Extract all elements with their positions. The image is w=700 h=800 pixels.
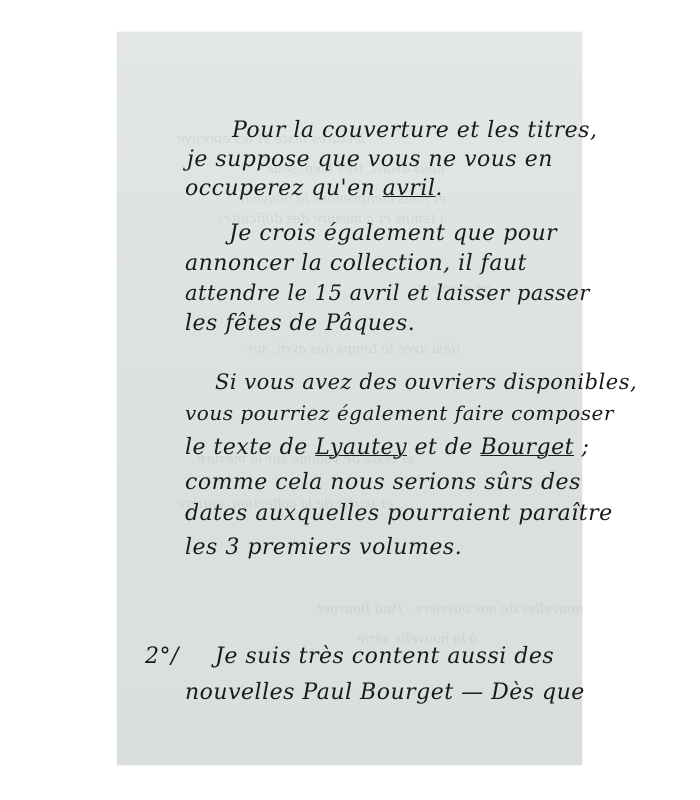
- text-line: dates auxquelles pourraient paraître: [185, 501, 613, 526]
- text-line: Pour la couverture et les titres,: [232, 118, 597, 143]
- text-line: comme cela nous serions sûrs des: [185, 470, 581, 495]
- underlined-word: Lyautey: [315, 435, 407, 460]
- text-line: vous pourriez également faire composer: [185, 401, 614, 425]
- underlined-word: avril: [383, 176, 436, 201]
- text-line: le texte de Lyautey et de Bourget ;: [185, 435, 589, 460]
- section-number: 2°/: [145, 644, 179, 669]
- text-line: nouvelles Paul Bourget — Dès que: [185, 680, 585, 705]
- text-fragment: occuperez qu'en: [185, 176, 383, 201]
- underlined-word: Bourget: [480, 435, 574, 460]
- text-line: occuperez qu'en avril.: [185, 176, 443, 201]
- text-line: je suppose que vous ne vous en: [187, 147, 553, 172]
- text-line: Je crois également que pour: [229, 221, 557, 246]
- text-line: annoncer la collection, il faut: [185, 251, 527, 276]
- text-fragment: et de: [407, 435, 480, 460]
- text-line: Si vous avez des ouvriers disponibles,: [215, 370, 637, 394]
- text-fragment: .: [435, 176, 443, 201]
- text-fragment: le texte de: [185, 435, 315, 460]
- text-line: les fêtes de Pâques.: [185, 311, 415, 336]
- text-line: Je suis très content aussi des: [215, 644, 554, 669]
- page-background: lectures texte et les épreuve nous avons…: [0, 0, 700, 800]
- text-line: les 3 premiers volumes.: [185, 535, 462, 560]
- letter-sheet: lectures texte et les épreuve nous avons…: [117, 32, 582, 765]
- text-fragment: ;: [574, 435, 589, 460]
- text-line: attendre le 15 avril et laisser passer: [185, 281, 590, 305]
